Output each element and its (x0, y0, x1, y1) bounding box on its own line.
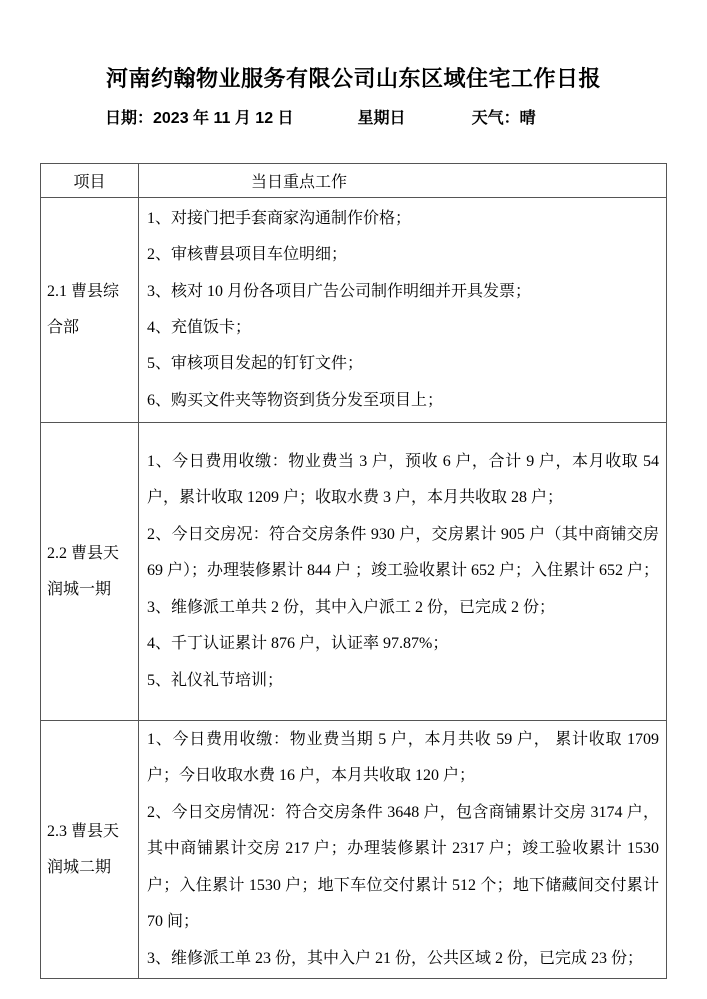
meta-line: 日期：2023 年 11 月 12 日 星期日 天气：晴 (105, 108, 707, 130)
work-item: 3、维修派工单 23 份，其中入户 21 份，公共区域 2 份，已完成 23 份… (147, 941, 659, 977)
work-item: 1、今日费用收缴：物业费当期 5 户，本月共收 59 户， 累计收取 1709 … (147, 722, 659, 795)
project-name-line: 2.3 曹县天 (47, 814, 134, 850)
project-name-line: 润城二期 (47, 850, 134, 886)
project-name-line: 润城一期 (47, 572, 134, 608)
work-item: 3、维修派工单共 2 份，其中入户派工 2 份，已完成 2 份； (147, 590, 659, 626)
work-item: 4、千丁认证累计 876 户，认证率 97.87%； (147, 626, 659, 662)
date-text: 日期：2023 年 11 月 12 日 (105, 108, 294, 130)
work-item: 6、购买文件夹等物资到货分发至项目上； (147, 383, 659, 419)
table-row: 2.1 曹县综 合部 1、对接门把手套商家沟通制作价格； 2、审核曹县项目车位明… (41, 198, 667, 423)
table-header-row: 项目 当日重点工作 (41, 164, 667, 198)
project-name-cell: 2.1 曹县综 合部 (41, 198, 139, 423)
page-title: 河南约翰物业服务有限公司山东区域住宅工作日报 (0, 0, 707, 96)
work-item: 5、礼仪礼节培训； (147, 663, 659, 699)
work-item: 3、核对 10 月份各项目广告公司制作明细并开具发票； (147, 274, 659, 310)
project-name-line: 合部 (47, 310, 134, 346)
work-item: 1、对接门把手套商家沟通制作价格； (147, 201, 659, 237)
table-row: 2.2 曹县天 润城一期 1、今日费用收缴：物业费当 3 户，预收 6 户，合计… (41, 423, 667, 721)
work-items-cell: 1、今日费用收缴：物业费当 3 户，预收 6 户，合计 9 户，本月收取 54 … (139, 423, 667, 721)
project-name-cell: 2.3 曹县天 润城二期 (41, 721, 139, 979)
header-project: 项目 (41, 164, 139, 198)
work-item: 2、审核曹县项目车位明细； (147, 237, 659, 273)
work-item: 5、审核项目发起的钉钉文件； (147, 346, 659, 382)
table-row: 2.3 曹县天 润城二期 1、今日费用收缴：物业费当期 5 户，本月共收 59 … (41, 721, 667, 979)
work-item: 4、充值饭卡； (147, 310, 659, 346)
weather-text: 天气：晴 (472, 108, 536, 130)
work-item: 2、今日交房情况：符合交房条件 3648 户，包含商铺累计交房 3174 户，其… (147, 795, 659, 941)
work-item: 1、今日费用收缴：物业费当 3 户，预收 6 户，合计 9 户，本月收取 54 … (147, 444, 659, 517)
work-items-cell: 1、今日费用收缴：物业费当期 5 户，本月共收 59 户， 累计收取 1709 … (139, 721, 667, 979)
daily-report-table: 项目 当日重点工作 2.1 曹县综 合部 1、对接门把手套商家沟通制作价格； 2… (40, 163, 667, 979)
work-item: 2、今日交房况：符合交房条件 930 户，交房累计 905 户（其中商铺交房 6… (147, 517, 659, 590)
project-name-cell: 2.2 曹县天 润城一期 (41, 423, 139, 721)
project-name-line: 2.1 曹县综 (47, 274, 134, 310)
project-name-line: 2.2 曹县天 (47, 536, 134, 572)
header-work: 当日重点工作 (139, 164, 667, 198)
weekday-text: 星期日 (358, 108, 406, 130)
document-page: { "title": "河南约翰物业服务有限公司山东区域住宅工作日报", "me… (0, 0, 707, 999)
work-items-cell: 1、对接门把手套商家沟通制作价格； 2、审核曹县项目车位明细； 3、核对 10 … (139, 198, 667, 423)
